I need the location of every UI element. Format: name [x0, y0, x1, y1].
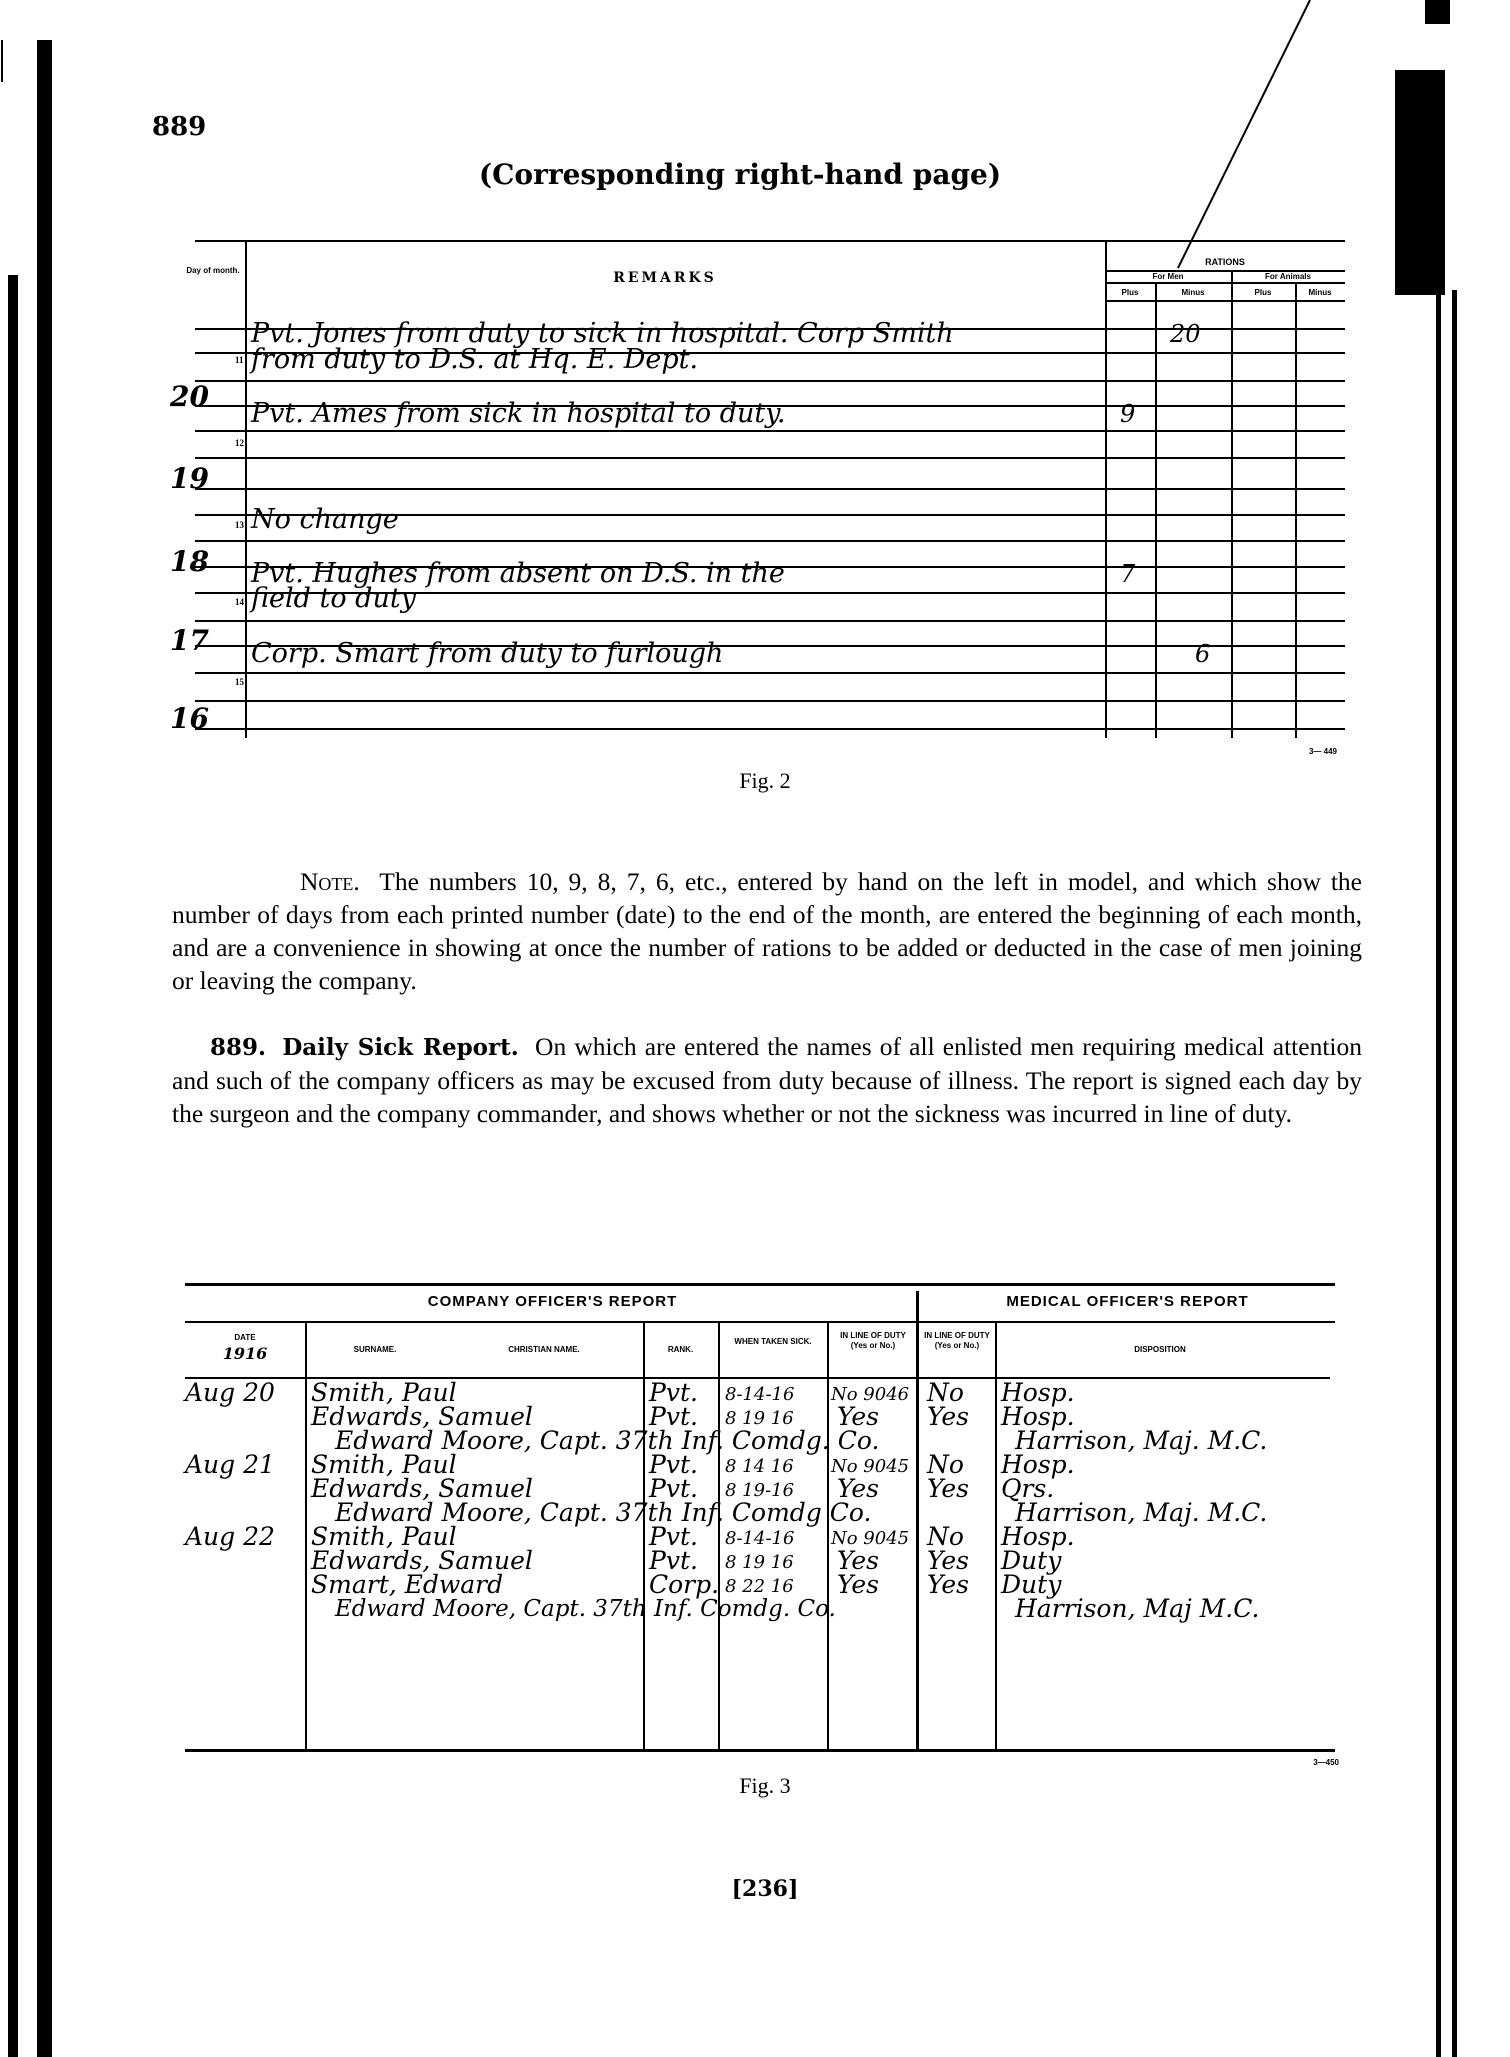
surname-header: SURNAME. [305, 1345, 445, 1355]
report-date: Aug 20 [185, 1379, 275, 1407]
printed-day: 12 [235, 438, 244, 448]
men-plus-header: Plus [1105, 288, 1155, 297]
medical-line-of-duty: Yes [927, 1475, 969, 1503]
fig2-caption: Fig. 2 [0, 768, 1510, 794]
report-date: Aug 21 [185, 1451, 275, 1479]
fig3-daily-sick-report-form: COMPANY OFFICER'S REPORT MEDICAL OFFICER… [185, 1283, 1335, 1753]
company-commander-signature: Edward Moore, Capt. 37th Inf. Comdg. Co. [335, 1595, 836, 1623]
christian-name-header: CHRISTIAN NAME. [445, 1345, 643, 1355]
hand-day-count: 17 [170, 624, 209, 657]
medical-line-of-duty-header: IN LINE OF DUTY (Yes or No.) [921, 1331, 993, 1351]
fig2-ration-remarks-form: Day of month. REMARKS RATIONS For Men Fo… [195, 240, 1345, 738]
printed-day: 14 [235, 597, 244, 607]
section-number: 889 [152, 112, 206, 142]
form-ref: 3—450 [1313, 1758, 1339, 1767]
animals-plus-header: Plus [1231, 288, 1295, 297]
for-men-header: For Men [1105, 272, 1231, 281]
medical-officer-signature: Harrison, Maj M.C. [1015, 1595, 1259, 1623]
scan-edge-left-inner [37, 40, 52, 2057]
hand-day-count: 19 [170, 462, 209, 495]
hand-day-count: 16 [170, 702, 209, 735]
printed-day: 15 [235, 677, 244, 687]
remark-line: Pvt. Ames from sick in hospital to duty. [251, 398, 786, 429]
rank-header: RANK. [643, 1345, 718, 1355]
medical-officer-section-title: MEDICAL OFFICER'S REPORT [920, 1293, 1335, 1310]
remark-line: Corp. Smart from duty to furlough [251, 638, 723, 669]
remarks-header: REMARKS [225, 270, 1105, 286]
company-line-of-duty-header: IN LINE OF DUTY (Yes or No.) [833, 1331, 913, 1351]
date-header-label: DATE [185, 1333, 305, 1343]
form-ref: 3— 449 [1309, 747, 1337, 756]
rations-header: RATIONS [1105, 258, 1345, 267]
printed-day: 11 [235, 355, 244, 365]
men-minus-header: Minus [1155, 288, 1231, 297]
medical-line-of-duty: Yes [927, 1403, 969, 1431]
date-header: DATE 1916 [185, 1333, 305, 1365]
section-889-number: 889. [210, 1034, 266, 1061]
remark-line: No change [251, 504, 399, 535]
disposition-header: DISPOSITION [995, 1345, 1325, 1355]
company-officer-section-title: COMPANY OFFICER'S REPORT [185, 1293, 920, 1310]
remark-line: from duty to D.S. at Hq. E. Dept. [251, 344, 698, 375]
when-taken-sick-header: WHEN TAKEN SICK. [733, 1337, 813, 1347]
pen-stroke-mark [1170, 0, 1320, 270]
company-line-of-duty: Yes [837, 1571, 879, 1599]
for-animals-header: For Animals [1231, 272, 1345, 281]
note-label: Note. [300, 867, 360, 896]
scan-edge-left-hairline [1, 40, 3, 82]
hand-day-count: 20 [170, 380, 209, 413]
report-date: Aug 22 [185, 1523, 275, 1551]
remark-line: field to duty [251, 583, 416, 614]
men-plus-value: 7 [1120, 560, 1135, 588]
footer-page-number: [236] [0, 1876, 1510, 1902]
note-paragraph: Note. The numbers 10, 9, 8, 7, 6, etc., … [172, 865, 1362, 997]
fig3-caption: Fig. 3 [0, 1773, 1510, 1799]
year-label: 1916 [185, 1343, 305, 1365]
section-889-title: Daily Sick Report. [282, 1034, 518, 1061]
men-minus-value: 20 [1170, 320, 1201, 348]
page-heading: (Corresponding right-hand page) [0, 158, 1510, 191]
hand-day-count: 18 [170, 545, 209, 578]
scan-edge-right-top [1425, 0, 1450, 24]
animals-minus-header: Minus [1295, 288, 1345, 297]
medical-line-of-duty: Yes [927, 1571, 969, 1599]
men-plus-value: 9 [1120, 400, 1135, 428]
section-889-paragraph: 889. Daily Sick Report. On which are ent… [172, 1030, 1362, 1130]
printed-day: 13 [235, 520, 244, 530]
page-heading-text: (Corresponding right-hand page) [479, 158, 1001, 191]
men-minus-value: 6 [1195, 640, 1210, 668]
